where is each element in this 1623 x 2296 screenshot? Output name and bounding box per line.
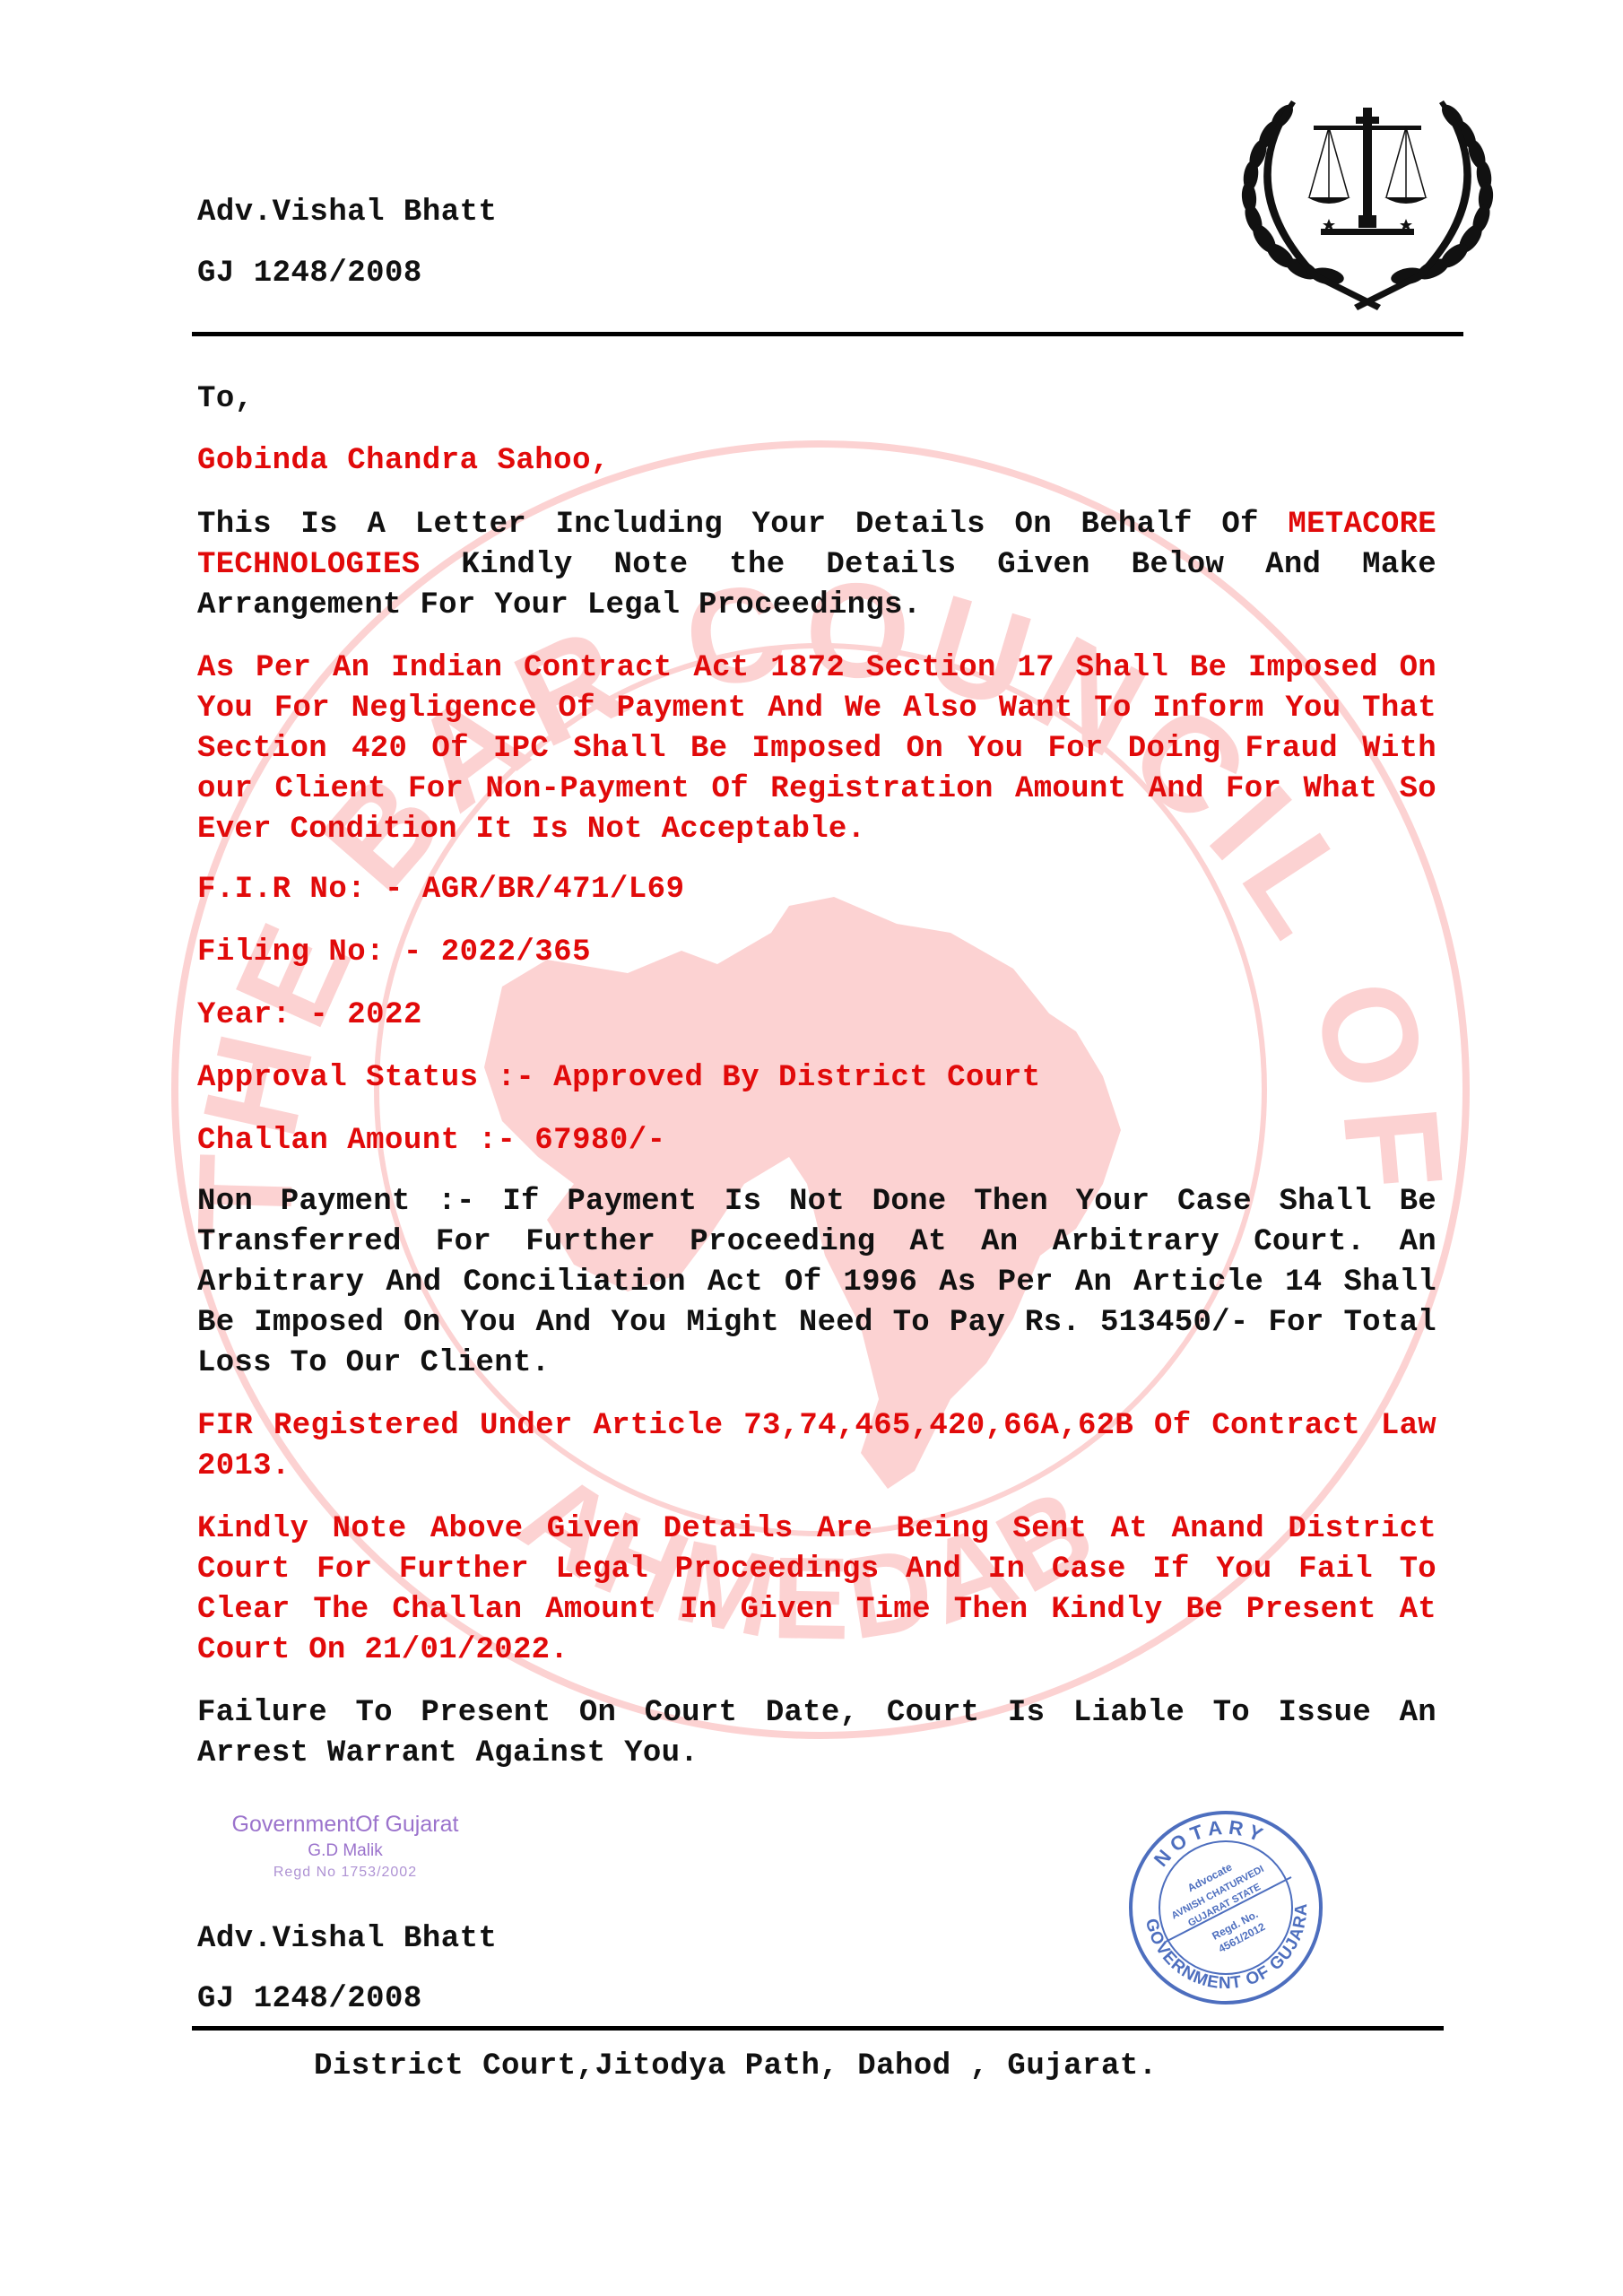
footer-divider [192, 2026, 1444, 2031]
detail-year: Year: - 2022 [197, 998, 422, 1032]
gov-stamp-line3: Regd No 1753/2002 [202, 1865, 489, 1881]
detail-value: Approved By District Court [553, 1061, 1041, 1095]
gov-stamp-line1: GovernmentOf Gujarat [202, 1812, 489, 1838]
intro-paragraph: This Is A Letter Including Your Details … [197, 505, 1436, 626]
detail-value: 2022/365 [441, 935, 591, 970]
detail-filing-number: Filing No: - 2022/365 [197, 935, 591, 970]
detail-label: F.I.R No: - [197, 873, 422, 907]
detail-fir-number: F.I.R No: - AGR/BR/471/L69 [197, 873, 685, 907]
detail-value: 2022 [347, 998, 422, 1032]
intro-text-before: This Is A Letter Including Your Details … [197, 508, 1288, 542]
arrest-warning-paragraph: Failure To Present On Court Date, Court … [197, 1693, 1436, 1774]
detail-challan-amount: Challan Amount :- 67980/- [197, 1124, 666, 1158]
notary-seal-icon: NOTARY GOVERNMENT OF GUJARAT Advocate AV… [1125, 1807, 1327, 2009]
detail-label: Year: - [197, 998, 347, 1032]
charges-paragraph: As Per An Indian Contract Act 1872 Secti… [197, 648, 1436, 850]
gov-stamp-line2: G.D Malik [202, 1841, 489, 1861]
detail-label: Challan Amount :- [197, 1124, 534, 1158]
detail-label: Approval Status :- [197, 1061, 553, 1095]
fir-registered-paragraph: FIR Registered Under Article 73,74,465,4… [197, 1406, 1436, 1487]
signature-advocate-name: Adv.Vishal Bhatt [197, 1922, 497, 1956]
recipient-name: Gobinda Chandra Sahoo, [197, 444, 610, 478]
header-advocate-name: Adv.Vishal Bhatt [197, 196, 497, 230]
detail-value: AGR/BR/471/L69 [422, 873, 685, 907]
court-notice-paragraph: Kindly Note Above Given Details Are Bein… [197, 1509, 1436, 1671]
government-stamp: GovernmentOf Gujarat G.D Malik Regd No 1… [202, 1812, 489, 1881]
signature-enrollment-number: GJ 1248/2008 [197, 1982, 422, 2016]
salutation: To, [197, 382, 254, 416]
detail-approval-status: Approval Status :- Approved By District … [197, 1061, 1041, 1095]
header-enrollment-number: GJ 1248/2008 [197, 257, 422, 291]
scales-of-justice-laurel-icon [1219, 63, 1515, 314]
detail-label: Filing No: - [197, 935, 441, 970]
header-divider [192, 332, 1463, 336]
non-payment-paragraph: Non Payment :- If Payment Is Not Done Th… [197, 1182, 1436, 1384]
footer-address: District Court,Jitodya Path, Dahod , Guj… [314, 2049, 1158, 2083]
detail-value: 67980/- [534, 1124, 665, 1158]
